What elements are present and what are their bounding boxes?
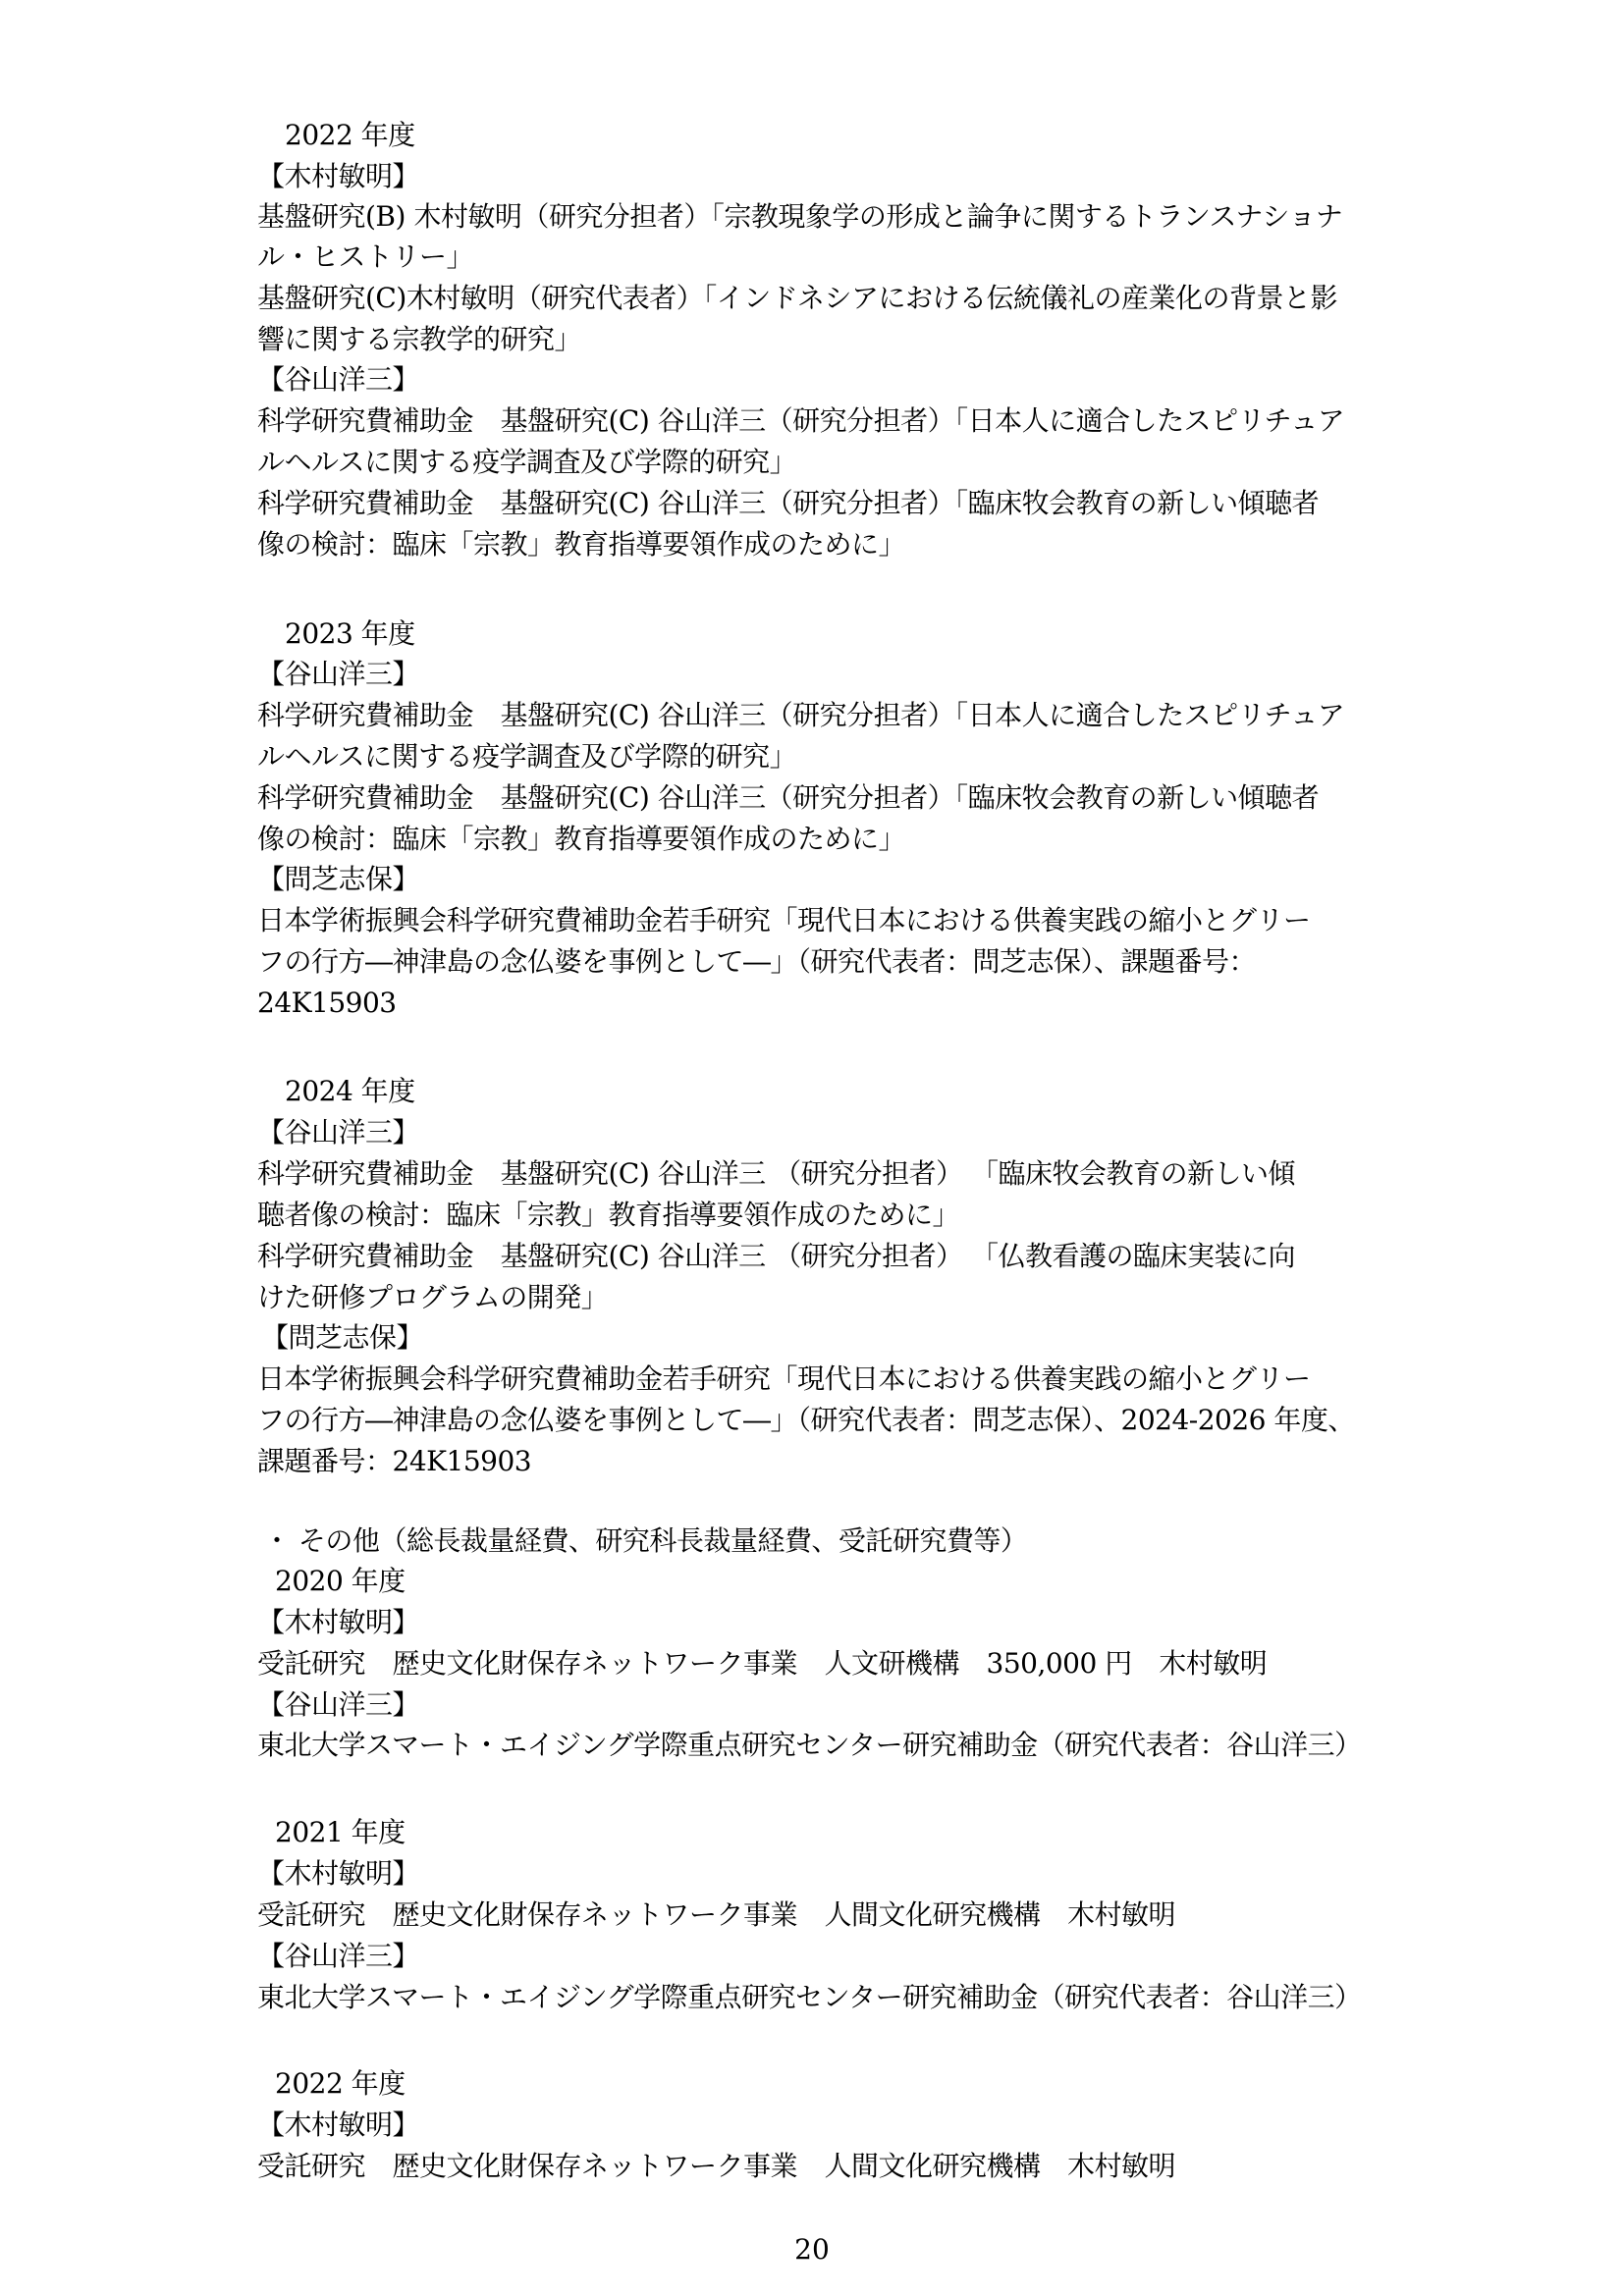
grant-line: ルヘルスに関する疫学調査及び学際的研究」 (257, 443, 796, 482)
grant-line: 基盤研究(C)木村敏明（研究代表者）「インドネシアにおける伝統儀礼の産業化の背景… (257, 279, 1337, 318)
grant-line: 科学研究費補助金 基盤研究(C) 谷山洋三（研究分担者）「日本人に適合したスピリ… (257, 401, 1344, 441)
grant-line: 科学研究費補助金 基盤研究(C) 谷山洋三（研究分担者）「臨床牧会教育の新しい傾… (257, 778, 1319, 818)
researcher-heading: 【谷山洋三】 (257, 1685, 419, 1725)
researcher-heading: 【谷山洋三】 (257, 1113, 419, 1152)
grant-line: 日本学術振興会科学研究費補助金若手研究「現代日本における供養実践の縮小とグリー (257, 901, 1311, 940)
grant-line: 日本学術振興会科学研究費補助金若手研究「現代日本における供養実践の縮小とグリー (257, 1360, 1311, 1399)
grant-line: 受託研究 歴史文化財保存ネットワーク事業 人間文化研究機構 木村敏明 (257, 1896, 1175, 1935)
year-heading: 2022 年度 (285, 116, 415, 155)
grant-line: 基盤研究(B) 木村敏明（研究分担者）「宗教現象学の形成と論争に関するトランスナ… (257, 197, 1342, 237)
researcher-heading: 【木村敏明】 (257, 2106, 419, 2145)
year-heading: 2024 年度 (285, 1072, 415, 1111)
grant-line: 科学研究費補助金 基盤研究(C) 谷山洋三 （研究分担者） 「臨床牧会教育の新し… (257, 1154, 1295, 1194)
researcher-heading: 【木村敏明】 (257, 1854, 419, 1894)
researcher-heading: 【問芝志保】 (261, 1318, 423, 1358)
grant-line: 受託研究 歴史文化財保存ネットワーク事業 人文研機構 350,000 円 木村敏… (257, 1644, 1267, 1683)
grant-line: 課題番号：24K15903 (257, 1442, 531, 1481)
grant-line: 響に関する宗教学的研究」 (257, 320, 581, 359)
researcher-heading: 【谷山洋三】 (257, 655, 419, 694)
grant-line: 科学研究費補助金 基盤研究(C) 谷山洋三（研究分担者）「日本人に適合したスピリ… (257, 696, 1344, 735)
grant-line: 像の検討：臨床「宗教」教育指導要領作成のために」 (257, 820, 905, 859)
grant-line: 東北大学スマート・エイジング学際重点研究センター研究補助金（研究代表者：谷山洋三… (257, 1978, 1362, 2017)
year-heading: 2022 年度 (275, 2064, 406, 2104)
grant-line: フの行方―神津島の念仏婆を事例として―」（研究代表者：問芝志保）、課題番号： (257, 942, 1256, 982)
researcher-heading: 【谷山洋三】 (257, 360, 419, 400)
grant-line: 聴者像の検討：臨床「宗教」教育指導要領作成のために」 (257, 1196, 959, 1235)
grant-line: 受託研究 歴史文化財保存ネットワーク事業 人間文化研究機構 木村敏明 (257, 2147, 1175, 2186)
year-heading: 2021 年度 (275, 1813, 406, 1852)
section-heading-other: ・ その他（総長裁量経費、研究科長裁量経費、受託研究費等） (263, 1522, 1027, 1561)
document-page: 2022 年度 【木村敏明】 基盤研究(B) 木村敏明（研究分担者）「宗教現象学… (0, 0, 1624, 2296)
researcher-heading: 【木村敏明】 (257, 157, 419, 196)
grant-line: 科学研究費補助金 基盤研究(C) 谷山洋三 （研究分担者） 「仏教看護の臨床実装… (257, 1237, 1295, 1276)
researcher-heading: 【問芝志保】 (257, 860, 419, 899)
year-heading: 2020 年度 (275, 1562, 406, 1601)
grant-line: 像の検討：臨床「宗教」教育指導要領作成のために」 (257, 525, 905, 564)
grant-line: 東北大学スマート・エイジング学際重点研究センター研究補助金（研究代表者：谷山洋三… (257, 1726, 1362, 1765)
grant-line: ルヘルスに関する疫学調査及び学際的研究」 (257, 737, 796, 776)
researcher-heading: 【木村敏明】 (257, 1603, 419, 1642)
grant-line: ル・ヒストリー」 (257, 238, 473, 277)
grant-line: 24K15903 (257, 984, 397, 1023)
researcher-heading: 【谷山洋三】 (257, 1937, 419, 1976)
year-heading: 2023 年度 (285, 614, 415, 654)
page-number: 20 (0, 2230, 1624, 2269)
grant-line: フの行方―神津島の念仏婆を事例として―」（研究代表者：問芝志保）、2024-20… (257, 1401, 1355, 1440)
grant-line: 科学研究費補助金 基盤研究(C) 谷山洋三（研究分担者）「臨床牧会教育の新しい傾… (257, 484, 1319, 523)
grant-line: けた研修プログラムの開発」 (257, 1278, 608, 1317)
